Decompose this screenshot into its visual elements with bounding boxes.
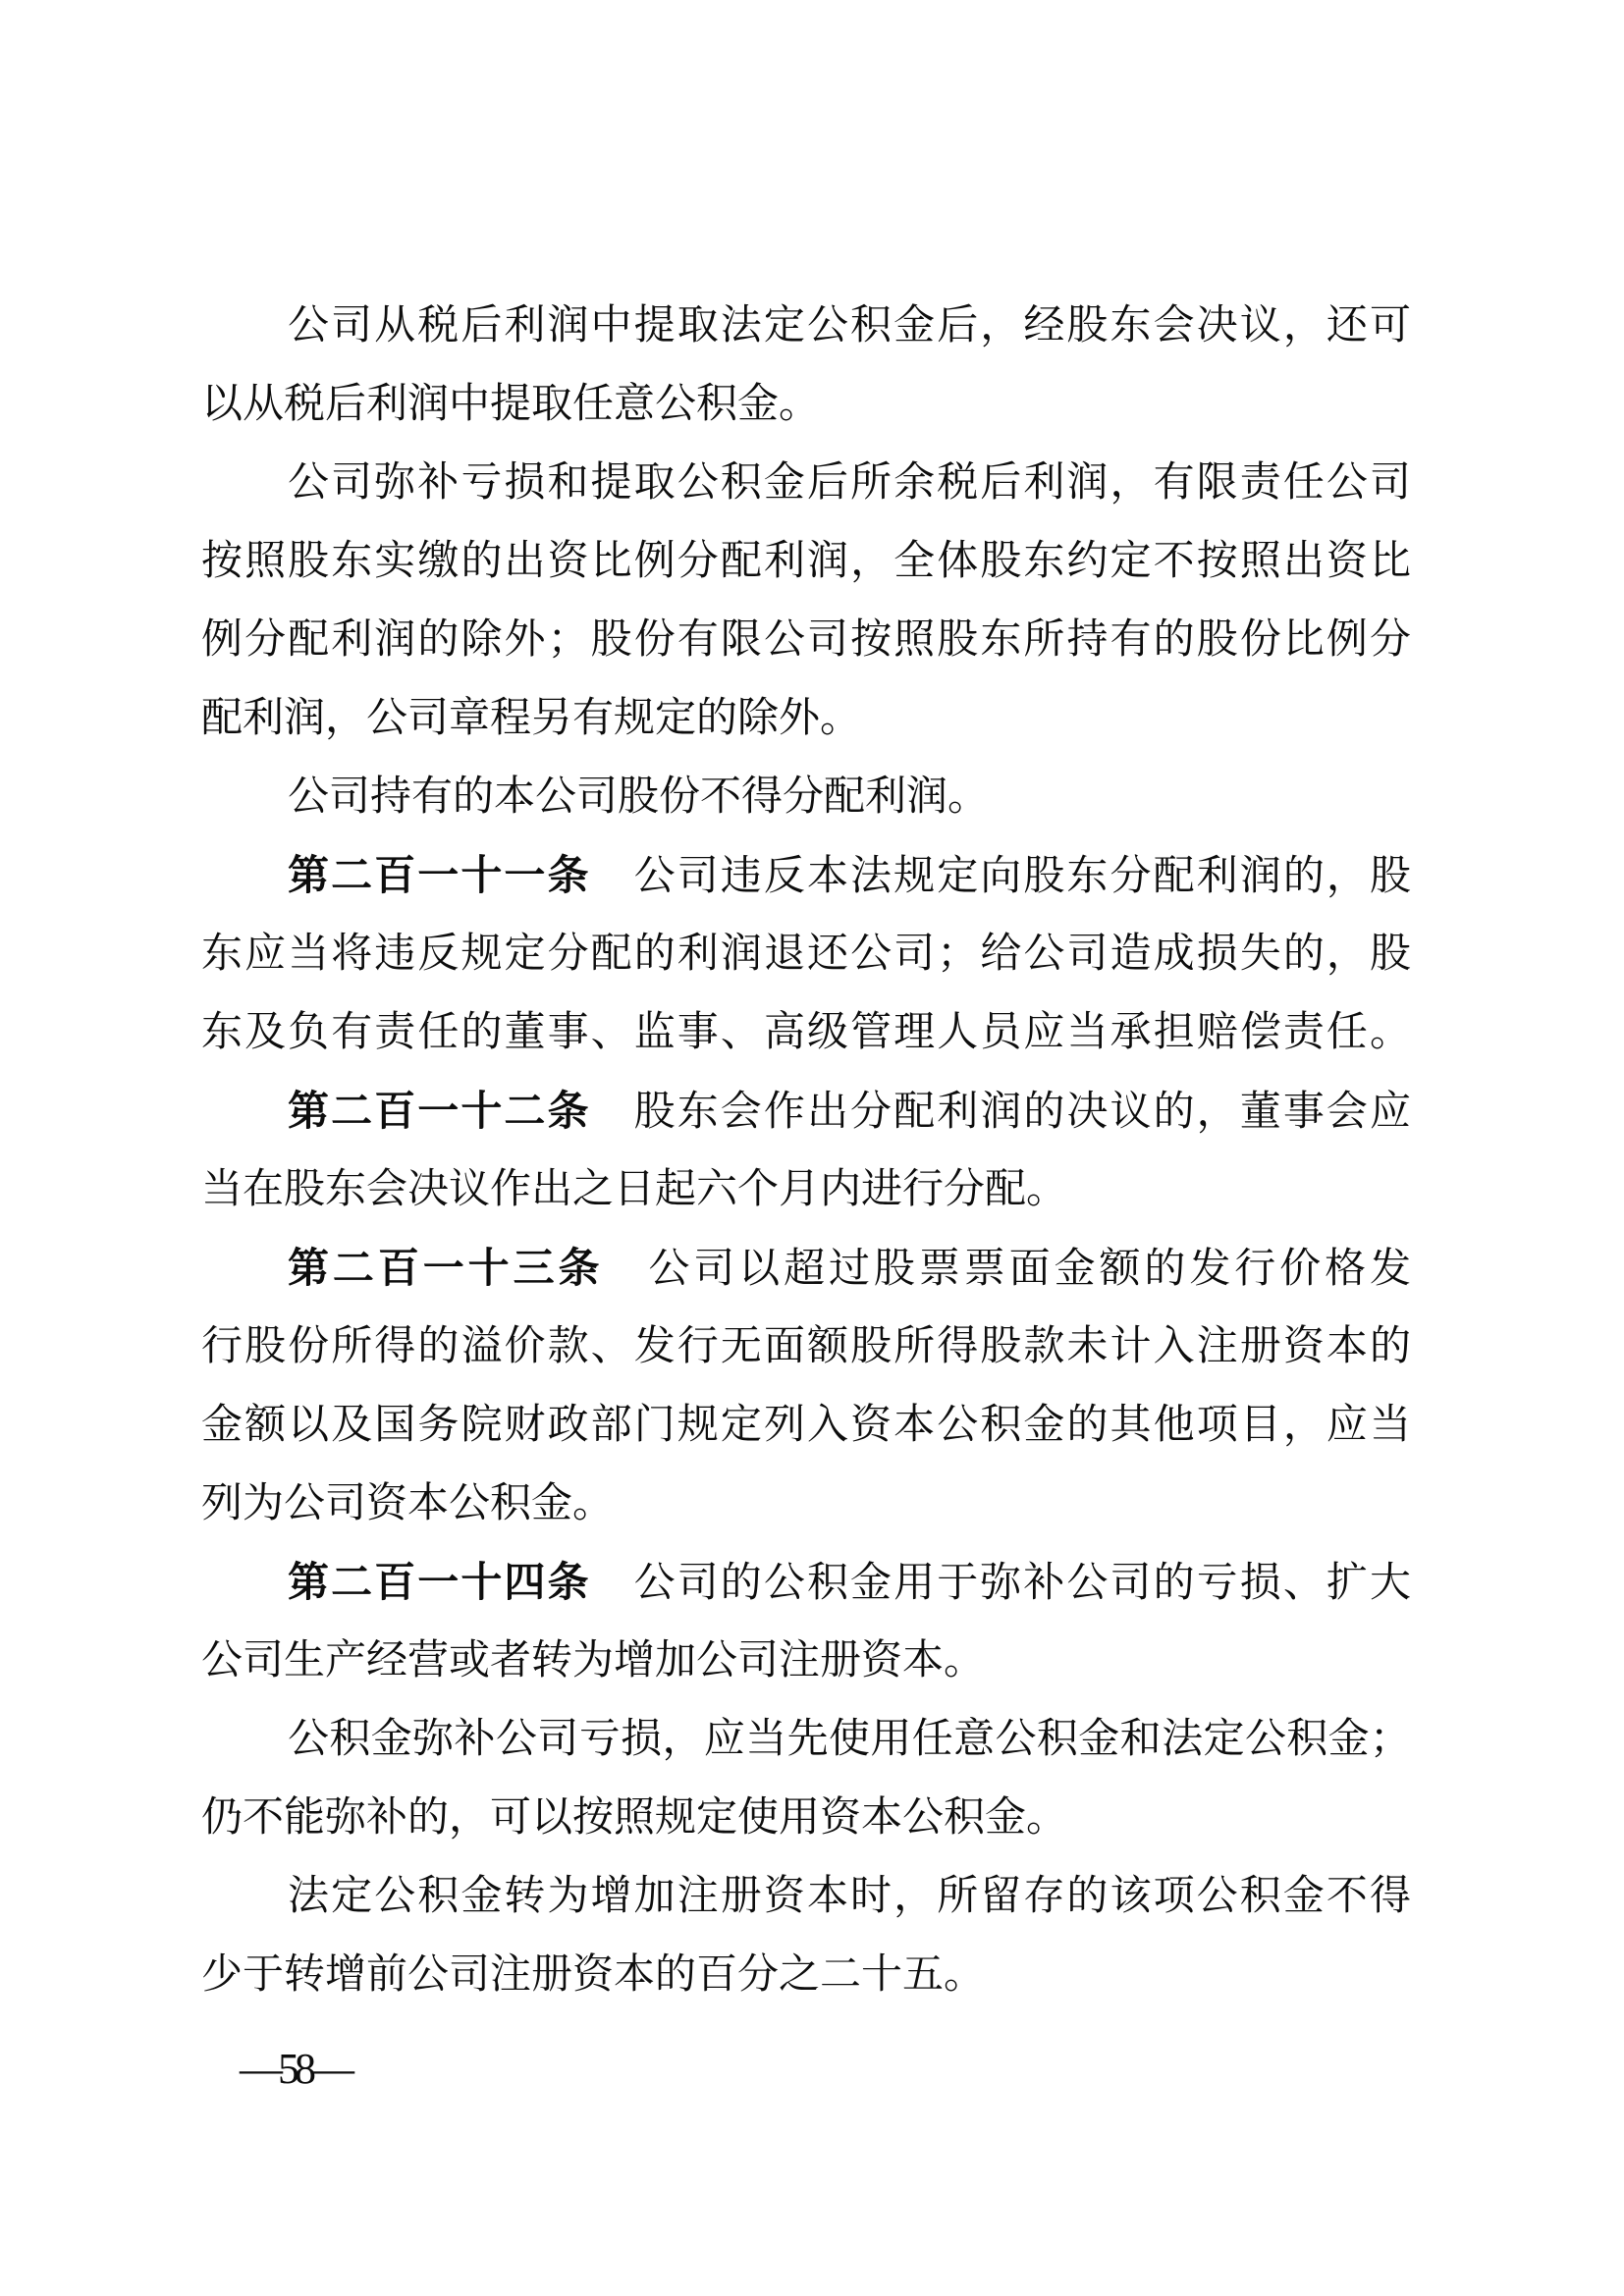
text-line: 金额以及国务院财政部门规定列入资本公积金的其他项目，应当 <box>201 1386 1411 1465</box>
text-segment: 东应当将违反规定分配的利润退还公司；给公司造成损失的，股 <box>201 932 1411 977</box>
text-segment: 行股份所得的溢价款、发行无面额股所得股款未计入注册资本的 <box>201 1324 1411 1369</box>
text-line: 当在股东会决议作出之日起六个月内进行分配。 <box>201 1150 1411 1229</box>
text-line: 第二百一十一条 公司违反本法规定向股东分配利润的，股 <box>201 836 1411 915</box>
text-line: 法定公积金转为增加注册资本时，所留存的该项公积金不得 <box>201 1857 1411 1936</box>
text-line: 行股份所得的溢价款、发行无面额股所得股款未计入注册资本的 <box>201 1308 1411 1386</box>
text-segment: 公司以超过股票票面金额的发行价格发 <box>603 1247 1411 1292</box>
text-line: 第二百一十二条 股东会作出分配利润的决议的，董事会应 <box>201 1072 1411 1150</box>
text-segment: 按照股东实缴的出资比例分配利润，全体股东约定不按照出资比 <box>201 539 1411 584</box>
page-number: —58— <box>240 2048 350 2091</box>
text-line: 东应当将违反规定分配的利润退还公司；给公司造成损失的，股 <box>201 915 1411 993</box>
text-segment: 公司弥补亏损和提取公积金后所余税后利润，有限责任公司 <box>288 460 1411 506</box>
text-line: 公司生产经营或者转为增加公司注册资本。 <box>201 1622 1411 1700</box>
text-line: 公积金弥补公司亏损，应当先使用任意公积金和法定公积金； <box>201 1700 1411 1779</box>
text-segment: 当在股东会决议作出之日起六个月内进行分配。 <box>201 1167 1067 1212</box>
text-segment: 金额以及国务院财政部门规定列入资本公积金的其他项目，应当 <box>201 1403 1411 1448</box>
text-line: 配利润，公司章程另有规定的除外。 <box>201 679 1411 758</box>
article-number: 第二百一十四条 <box>288 1559 591 1605</box>
text-segment: 法定公积金转为增加注册资本时，所留存的该项公积金不得 <box>288 1874 1411 1919</box>
text-segment: 公司违反本法规定向股东分配利润的，股 <box>591 854 1411 899</box>
text-line: 以从税后利润中提取任意公积金。 <box>201 365 1411 444</box>
text-segment: 股东会作出分配利润的决议的，董事会应 <box>591 1090 1411 1135</box>
text-segment: 列为公司资本公积金。 <box>201 1481 614 1526</box>
article-number: 第二百一十三条 <box>288 1245 603 1291</box>
text-line: 按照股东实缴的出资比例分配利润，全体股东约定不按照出资比 <box>201 522 1411 601</box>
text-segment: 以从税后利润中提取任意公积金。 <box>201 382 820 427</box>
text-line: 公司从税后利润中提取法定公积金后，经股东会决议，还可 <box>201 287 1411 365</box>
text-line: 例分配利润的除外；股份有限公司按照股东所持有的股份比例分 <box>201 601 1411 679</box>
document-body: 公司从税后利润中提取法定公积金后，经股东会决议，还可以从税后利润中提取任意公积金… <box>201 287 1411 2014</box>
document-page: 公司从税后利润中提取法定公积金后，经股东会决议，还可以从税后利润中提取任意公积金… <box>0 0 1624 2296</box>
text-segment: 公司持有的本公司股份不得分配利润。 <box>288 774 989 820</box>
text-segment: 公司的公积金用于弥补公司的亏损、扩大 <box>591 1561 1411 1606</box>
article-number: 第二百一十二条 <box>288 1088 591 1134</box>
text-segment: 公司从税后利润中提取法定公积金后，经股东会决议，还可 <box>288 303 1411 348</box>
text-line: 公司弥补亏损和提取公积金后所余税后利润，有限责任公司 <box>201 444 1411 522</box>
text-segment: 配利润，公司章程另有规定的除外。 <box>201 696 861 741</box>
article-number: 第二百一十一条 <box>288 852 591 898</box>
text-segment: 仍不能弥补的，可以按照规定使用资本公积金。 <box>201 1795 1067 1841</box>
text-segment: 少于转增前公司注册资本的百分之二十五。 <box>201 1952 985 1998</box>
text-line: 东及负有责任的董事、监事、高级管理人员应当承担赔偿责任。 <box>201 993 1411 1072</box>
text-line: 第二百一十三条 公司以超过股票票面金额的发行价格发 <box>201 1229 1411 1308</box>
text-segment: 东及负有责任的董事、监事、高级管理人员应当承担赔偿责任。 <box>201 1010 1411 1055</box>
text-line: 列为公司资本公积金。 <box>201 1465 1411 1543</box>
text-line: 第二百一十四条 公司的公积金用于弥补公司的亏损、扩大 <box>201 1543 1411 1622</box>
text-line: 公司持有的本公司股份不得分配利润。 <box>201 758 1411 836</box>
text-segment: 公积金弥补公司亏损，应当先使用任意公积金和法定公积金； <box>288 1717 1411 1762</box>
text-line: 少于转增前公司注册资本的百分之二十五。 <box>201 1936 1411 2014</box>
text-segment: 例分配利润的除外；股份有限公司按照股东所持有的股份比例分 <box>201 617 1411 663</box>
text-line: 仍不能弥补的，可以按照规定使用资本公积金。 <box>201 1779 1411 1857</box>
text-segment: 公司生产经营或者转为增加公司注册资本。 <box>201 1638 985 1683</box>
